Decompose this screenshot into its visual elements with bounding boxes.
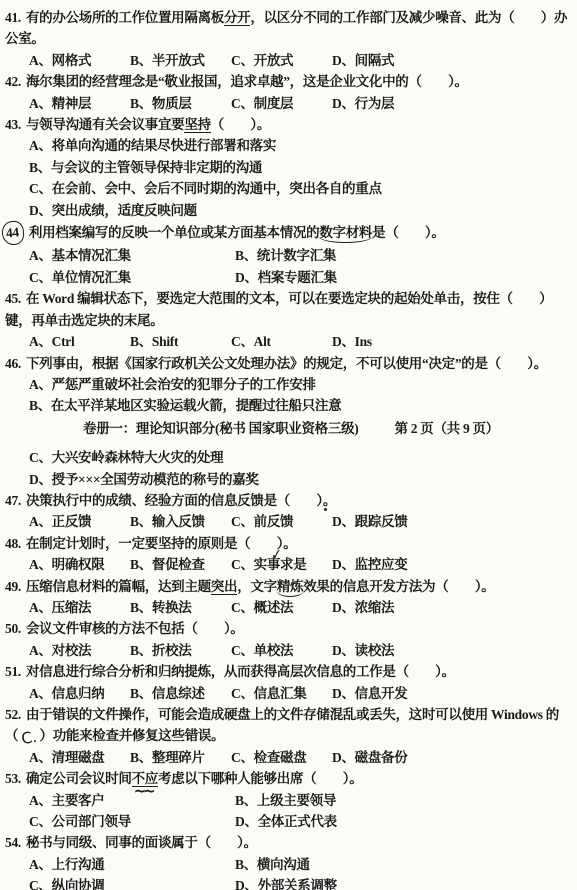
option-text: D、外部关系调整 <box>235 878 337 890</box>
option-row: A、严惩严重破坏社会治安的犯罪分子的工作安排 <box>5 374 572 395</box>
stem-segment: ，文字 <box>237 579 277 594</box>
option-text: D、Ins <box>332 334 372 349</box>
option-text: D、全体正式代表 <box>235 814 337 829</box>
option-row: D、突出成绩，适度反映问题 <box>5 200 572 221</box>
option-text: A、对校法 <box>29 643 91 658</box>
options-row: A、压缩法B、转换法C、概述法D、浓缩法 <box>5 597 572 618</box>
question-number: 45. <box>5 291 21 306</box>
options-row: A、对校法B、折校法C、单校法D、读校法 <box>5 640 572 661</box>
option: B、折校法 <box>130 640 231 661</box>
option-text: B、转换法 <box>130 600 192 615</box>
option-text: B、信息综述 <box>130 686 205 701</box>
option: D、档案专题汇集 <box>235 267 572 288</box>
option-text: C、单校法 <box>231 643 293 658</box>
underline-annotation: 不应 <box>132 771 158 787</box>
question-46: 46.下列事由，根据《国家行政机关公文处理办法》的规定，不可以使用“决定”的是（… <box>5 353 572 490</box>
question-number: 46. <box>5 356 21 371</box>
option-text: D、读校法 <box>332 643 394 658</box>
option: D、Ins <box>332 331 372 352</box>
option-text: D、跟踪反馈 <box>332 514 407 529</box>
option-text: D、间隔式 <box>332 53 394 68</box>
question-45: 45.在 Word 编辑状态下，要选定大范围的文本，可以在要选定块的起始处单击，… <box>5 288 572 352</box>
option: B、督促检查 <box>130 554 231 575</box>
option-row: D、授予×××全国劳动模范的称号的嘉奖 <box>5 469 572 490</box>
options-row: A、清理磁盘B、整理碎片C、检查磁盘D、磁盘备份 <box>5 747 572 768</box>
option: A、Ctrl <box>29 331 130 352</box>
question-stem: 48.在制定计划时，一定要坚持的原则是（ ）。 <box>5 533 572 554</box>
option: C、信息汇集 <box>231 683 332 704</box>
stem-segment: 是（ ）。 <box>372 225 444 240</box>
option-text: C、单位情况汇集 <box>29 270 131 285</box>
option-text: A、Ctrl <box>29 334 74 349</box>
option: A、严惩严重破坏社会治安的犯罪分子的工作安排 <box>29 374 316 395</box>
option: C、大兴安岭森林特大火灾的处理 <box>29 447 223 468</box>
option-text: D、浓缩法 <box>332 600 394 615</box>
stem-segment: 会议文件审核的方法不包括（ ）。 <box>26 621 244 636</box>
footer-page-number: 第 2 页（共 9 页） <box>394 418 498 439</box>
option-text: B、横向沟通 <box>235 857 310 872</box>
option-text: A、主要客户 <box>29 793 104 808</box>
question-stem: 54.秘书与同级、同事的面谈属于（ ）。 <box>5 832 572 853</box>
stem-segment: ）功能来检查并修复这些错误。 <box>36 728 224 743</box>
question-51: 51.对信息进行综合分析和归纳提炼，从而获得高层次信息的工作是（ ）。A、信息归… <box>5 661 572 704</box>
stem-segment: 下列事由，根据《国家行政机关公文处理办法》的规定，不可以使用“决定”的是（ ）。 <box>26 356 547 371</box>
question-stem: 41.有的办公场所的工作位置用隔离板分开，以区分不同的工作部门及减少噪音、此为（… <box>5 7 572 50</box>
option-text: C、制度层 <box>231 96 293 111</box>
option: A、上行沟通 <box>29 854 235 875</box>
option-text: D、授予×××全国劳动模范的称号的嘉奖 <box>29 472 259 487</box>
question-stem: 46.下列事由，根据《国家行政机关公文处理办法》的规定，不可以使用“决定”的是（… <box>5 353 572 374</box>
question-43: 43.与领导沟通有关会议事宜要坚持（ ）。A、将单向沟通的结果尽快进行部署和落实… <box>5 114 572 221</box>
stem-segment: 在 Word 编辑状态下，要选定大范围的文本，可以在要选定块的起始处单击，按住（… <box>5 291 552 327</box>
option: B、信息综述 <box>130 683 231 704</box>
underline-annotation: 突出 <box>211 579 237 595</box>
question-stem: 51.对信息进行综合分析和归纳提炼，从而获得高层次信息的工作是（ ）。 <box>5 661 572 682</box>
option-text: C、Alt <box>231 334 271 349</box>
stem-segment: 效果的信息开发方法为（ ）。 <box>303 579 494 594</box>
option: C、制度层 <box>231 93 332 114</box>
stem-segment: 压缩信息材料的篇幅，达到主题 <box>26 579 211 594</box>
question-number: 41. <box>5 10 21 25</box>
stem-segment: 确定公司会议时间 <box>26 771 132 786</box>
option-text: B、与会议的主管领导保持非定期的沟通 <box>29 160 262 175</box>
option: B、与会议的主管领导保持非定期的沟通 <box>29 157 262 178</box>
stem-segment: 考虑以下哪种人能够出席（ ）。 <box>158 771 362 786</box>
option: D、跟踪反馈 <box>332 511 407 532</box>
option: D、磁盘备份 <box>332 747 407 768</box>
underline-annotation: 精炼 <box>277 579 303 594</box>
option: B、统计数字汇集 <box>235 245 572 266</box>
footer-booklet-label: 卷册一：理论知识部分(秘书 国家职业资格三级) <box>83 418 358 439</box>
page-footer: 卷册一：理论知识部分(秘书 国家职业资格三级)第 2 页（共 9 页） <box>5 418 572 439</box>
underline-annotation: 数字材料 <box>319 225 372 240</box>
option-text: C、大兴安岭森林特大火灾的处理 <box>29 450 223 465</box>
option-text: D、信息开发 <box>332 686 407 701</box>
option: B、转换法 <box>130 597 231 618</box>
option-text: D、监控应变 <box>332 557 407 572</box>
option-text: D、突出成绩，适度反映问题 <box>29 203 197 218</box>
option: A、网格式 <box>29 50 130 71</box>
options-row: A、正反馈B、输入反馈C、前反馈D、跟踪反馈 <box>5 511 572 532</box>
stem-segment: 对信息进行综合分析和归纳提炼，从而获得高层次信息的工作是（ ）。 <box>26 664 455 679</box>
question-52: 52.由于错误的文件操作，可能会造成硬盘上的文件存储混乱或丢失，这时可以使用 W… <box>5 704 572 768</box>
option: D、浓缩法 <box>332 597 394 618</box>
stem-segment: 与领导沟通有关会议事宜要 <box>26 117 184 132</box>
option-text: C、概述法 <box>231 600 293 615</box>
option: B、物质层 <box>130 93 231 114</box>
question-stem: 47.决策执行中的成绩、经验方面的信息反馈是（ ）。 <box>5 490 572 511</box>
option: A、主要客户 <box>29 790 235 811</box>
question-44: 44利用档案编写的反映一个单位或某方面基本情况的数字材料是（ ）。A、基本情况汇… <box>5 221 572 288</box>
option-row: C、在会前、会中、会后不同时期的沟通中，突出各自的重点 <box>5 178 572 199</box>
option-text: A、基本情况汇集 <box>29 248 131 263</box>
option-text: B、输入反馈 <box>130 514 205 529</box>
option: B、Shift <box>130 331 231 352</box>
options-row: A、网格式B、半开放式C、开放式D、间隔式 <box>5 50 572 71</box>
option: D、行为层 <box>332 93 394 114</box>
option: D、间隔式 <box>332 50 394 71</box>
option-text: C、前反馈 <box>231 514 293 529</box>
option: B、整理碎片 <box>130 747 231 768</box>
option-text: C、在会前、会中、会后不同时期的沟通中，突出各自的重点 <box>29 181 382 196</box>
option: A、清理磁盘 <box>29 747 130 768</box>
option: A、明确权限 <box>29 554 130 575</box>
question-number: 53. <box>5 771 21 786</box>
stem-segment: 决策执行中的成绩、经验方面的信息反馈是（ ）。 <box>26 493 336 508</box>
question-42: 42.海尔集团的经营理念是“敬业报国，追求卓越”，这是企业文化中的（ ）。A、精… <box>5 71 572 114</box>
option-text: C、检查磁盘 <box>231 750 306 765</box>
option-text: A、将单向沟通的结果尽快进行部署和落实 <box>29 138 276 153</box>
option: C、检查磁盘 <box>231 747 332 768</box>
option: C、在会前、会中、会后不同时期的沟通中，突出各自的重点 <box>29 178 382 199</box>
option-row: B、与会议的主管领导保持非定期的沟通 <box>5 157 572 178</box>
question-stem: 45.在 Word 编辑状态下，要选定大范围的文本，可以在要选定块的起始处单击，… <box>5 288 572 331</box>
option-text: B、上级主要领导 <box>235 793 336 808</box>
stem-segment: 秘书与同级、同事的面谈属于（ ）。 <box>26 835 257 850</box>
option-text: A、上行沟通 <box>29 857 104 872</box>
question-number: 52. <box>5 707 21 722</box>
option-text: B、折校法 <box>130 643 192 658</box>
option-text: D、档案专题汇集 <box>235 270 337 285</box>
option-row: C、大兴安岭森林特大火灾的处理 <box>5 447 572 468</box>
option-row: B、在太平洋某地区实验运载火箭，提醒过往船只注意 <box>5 395 572 416</box>
option-text: C、信息汇集 <box>231 686 306 701</box>
option-text: C、开放式 <box>231 53 293 68</box>
question-50: 50.会议文件审核的方法不包括（ ）。A、对校法B、折校法C、单校法D、读校法 <box>5 618 572 661</box>
stem-segment: 海尔集团的经营理念是“敬业报国，追求卓越”，这是企业文化中的（ ）。 <box>26 74 468 89</box>
option-text: A、精神层 <box>29 96 91 111</box>
option: D、信息开发 <box>332 683 407 704</box>
question-54: 54.秘书与同级、同事的面谈属于（ ）。A、上行沟通B、横向沟通C、纵向协调D、… <box>5 832 572 890</box>
option: C、实事求是 <box>231 554 332 575</box>
underline-annotation: 坚持 <box>184 117 210 133</box>
option: C、Alt <box>231 331 332 352</box>
stem-segment: 在制定计划时，一定要坚持的原则是（ ）。 <box>26 536 296 551</box>
option: C、单位情况汇集 <box>29 267 235 288</box>
question-number: 47. <box>5 493 21 508</box>
option-text: B、整理碎片 <box>130 750 205 765</box>
options-grid: A、主要客户B、上级主要领导C、公司部门领导D、全体正式代表 <box>5 790 572 833</box>
option: D、外部关系调整 <box>235 875 572 890</box>
question-number-circle-annotation: 44 <box>1 220 25 246</box>
option: C、概述法 <box>231 597 332 618</box>
option: A、精神层 <box>29 93 130 114</box>
question-47: 47.决策执行中的成绩、经验方面的信息反馈是（ ）。A、正反馈B、输入反馈C、前… <box>5 490 572 533</box>
option-text: A、正反馈 <box>29 514 91 529</box>
option: C、前反馈 <box>231 511 332 532</box>
question-number: 43. <box>5 117 21 132</box>
option-text: C、公司部门领导 <box>29 814 131 829</box>
question-number: 42. <box>5 74 21 89</box>
option-text: B、在太平洋某地区实验运载火箭，提醒过往船只注意 <box>29 398 341 413</box>
stem-segment: 有的办公场所的工作位置用隔离板 <box>26 10 224 25</box>
options-row: A、CtrlB、ShiftC、AltD、Ins <box>5 331 572 352</box>
option-text: D、磁盘备份 <box>332 750 407 765</box>
option-text: B、督促检查 <box>130 557 205 572</box>
question-53: 53.确定公司会议时间不应考虑以下哪种人能够出席（ ）。A、主要客户B、上级主要… <box>5 768 572 832</box>
option: D、突出成绩，适度反映问题 <box>29 200 197 221</box>
question-number: 51. <box>5 664 21 679</box>
option-text: A、网格式 <box>29 53 91 68</box>
option: B、输入反馈 <box>130 511 231 532</box>
option: C、开放式 <box>231 50 332 71</box>
question-stem: 42.海尔集团的经营理念是“敬业报国，追求卓越”，这是企业文化中的（ ）。 <box>5 71 572 92</box>
option: D、全体正式代表 <box>235 811 572 832</box>
scanned-exam-page: 41.有的办公场所的工作位置用隔离板分开，以区分不同的工作部门及减少噪音、此为（… <box>0 0 577 890</box>
options-row: A、明确权限B、督促检查C、实事求是D、监控应变 <box>5 554 572 575</box>
option: B、半开放式 <box>130 50 231 71</box>
option-text: D、行为层 <box>332 96 394 111</box>
question-stem: 43.与领导沟通有关会议事宜要坚持（ ）。 <box>5 114 572 135</box>
option: A、正反馈 <box>29 511 130 532</box>
option-text: A、压缩法 <box>29 600 91 615</box>
option-text: C、实事求是 <box>231 557 306 572</box>
option: A、对校法 <box>29 640 130 661</box>
question-stem: 49.压缩信息材料的篇幅，达到主题突出，文字精炼效果的信息开发方法为（ ）。 <box>5 576 572 597</box>
option: D、监控应变 <box>332 554 407 575</box>
question-stem: 50.会议文件审核的方法不包括（ ）。 <box>5 618 572 639</box>
underline-annotation: 分开 <box>224 10 250 26</box>
option-text: B、统计数字汇集 <box>235 248 336 263</box>
option-text: C、纵向协调 <box>29 878 104 890</box>
options-grid: A、上行沟通B、横向沟通C、纵向协调D、外部关系调整 <box>5 854 572 890</box>
option-text: B、Shift <box>130 334 178 349</box>
question-48: 48.在制定计划时，一定要坚持的原则是（ ）。A、明确权限B、督促检查C、实事求… <box>5 533 572 576</box>
option: B、在太平洋某地区实验运载火箭，提醒过往船只注意 <box>29 395 341 416</box>
option: C、公司部门领导 <box>29 811 235 832</box>
options-grid: A、基本情况汇集B、统计数字汇集C、单位情况汇集D、档案专题汇集 <box>5 245 572 288</box>
question-stem: 52.由于错误的文件操作，可能会造成硬盘上的文件存储混乱或丢失，这时可以使用 W… <box>5 704 572 747</box>
question-number: 48. <box>5 536 21 551</box>
option-text: B、物质层 <box>130 96 192 111</box>
option: C、单校法 <box>231 640 332 661</box>
options-row: A、信息归纳B、信息综述C、信息汇集D、信息开发 <box>5 683 572 704</box>
option: C、纵向协调 <box>29 875 235 890</box>
option: B、横向沟通 <box>235 854 572 875</box>
question-stem: 53.确定公司会议时间不应考虑以下哪种人能够出席（ ）。 <box>5 768 572 789</box>
options-row: A、精神层B、物质层C、制度层D、行为层 <box>5 93 572 114</box>
option: A、压缩法 <box>29 597 130 618</box>
question-number: 49. <box>5 579 21 594</box>
option-text: B、半开放式 <box>130 53 205 68</box>
question-number: 50. <box>5 621 21 636</box>
option: A、基本情况汇集 <box>29 245 235 266</box>
option-text: A、清理磁盘 <box>29 750 104 765</box>
stem-segment: （ ）。 <box>211 117 270 132</box>
option: D、授予×××全国劳动模范的称号的嘉奖 <box>29 469 259 490</box>
stem-segment: 利用档案编写的反映一个单位或某方面基本情况的 <box>29 225 319 240</box>
option: D、读校法 <box>332 640 394 661</box>
option-row: A、将单向沟通的结果尽快进行部署和落实 <box>5 135 572 156</box>
option-text: A、严惩严重破坏社会治安的犯罪分子的工作安排 <box>29 377 316 392</box>
option-text: A、明确权限 <box>29 557 104 572</box>
question-stem: 44利用档案编写的反映一个单位或某方面基本情况的数字材料是（ ）。 <box>5 221 572 245</box>
question-number: 54. <box>5 835 21 850</box>
option: A、信息归纳 <box>29 683 130 704</box>
option-text: A、信息归纳 <box>29 686 104 701</box>
option: B、上级主要领导 <box>235 790 572 811</box>
question-49: 49.压缩信息材料的篇幅，达到主题突出，文字精炼效果的信息开发方法为（ ）。A、… <box>5 576 572 619</box>
question-41: 41.有的办公场所的工作位置用隔离板分开，以区分不同的工作部门及减少噪音、此为（… <box>5 7 572 71</box>
option: A、将单向沟通的结果尽快进行部署和落实 <box>29 135 276 156</box>
